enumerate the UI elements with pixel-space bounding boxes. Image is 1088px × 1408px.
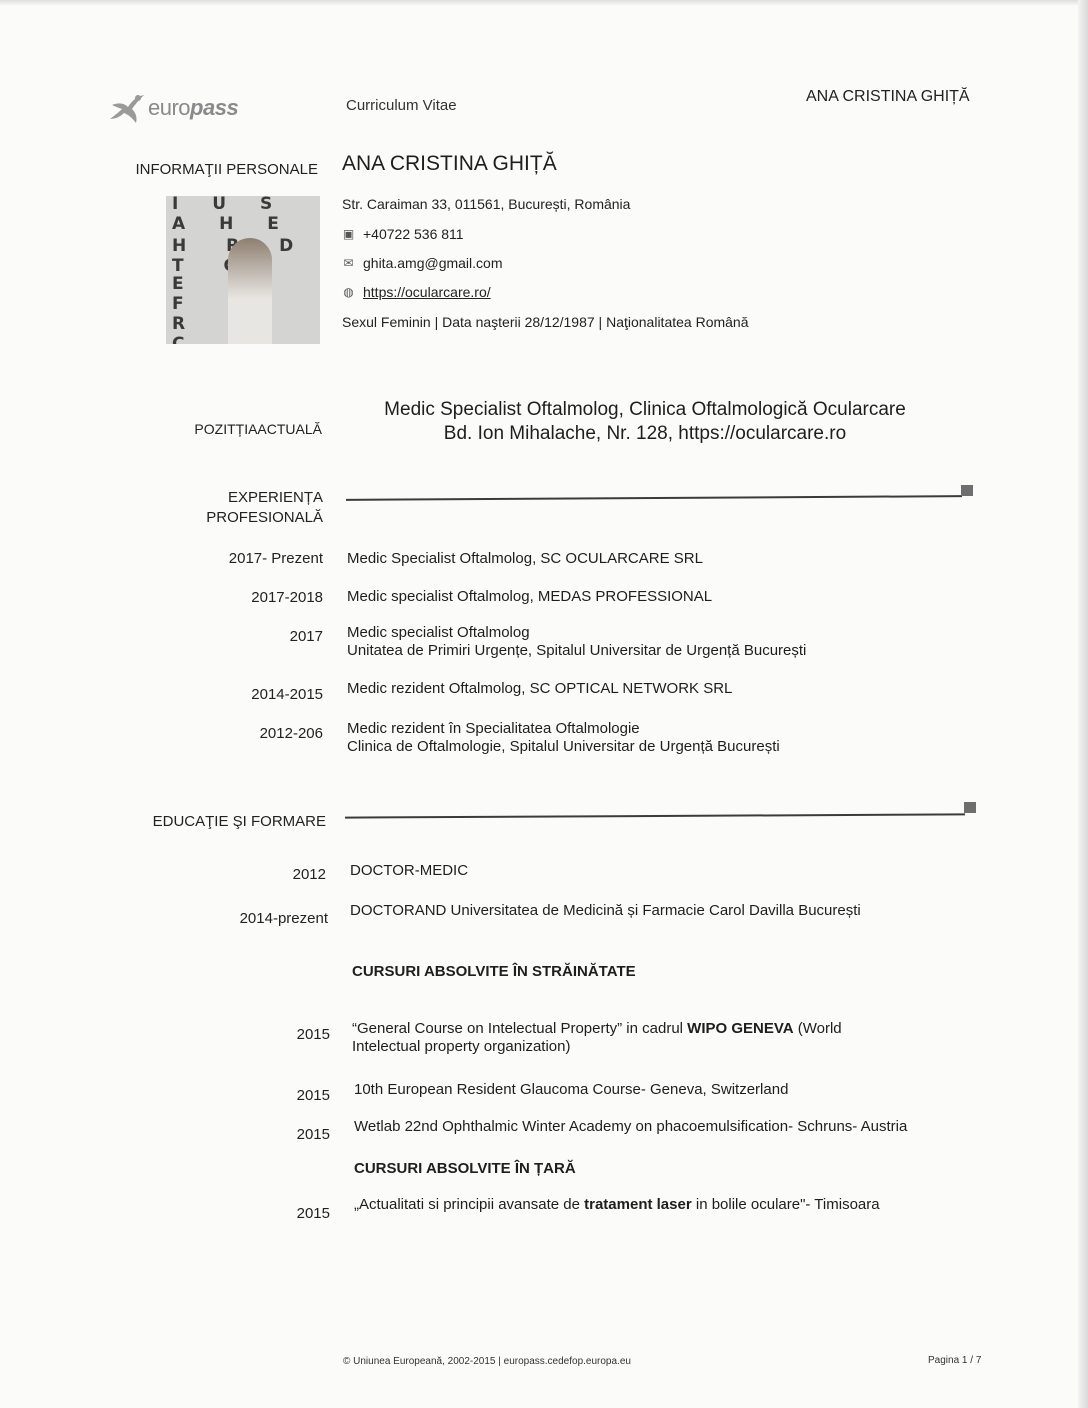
course-entry: 10th European Resident Glaucoma Course- … bbox=[354, 1081, 788, 1099]
experience-label: EXPERIENȚA PROFESIONALĂ bbox=[100, 488, 323, 528]
experience-role: Medic specialist Oftalmolog bbox=[347, 624, 806, 642]
education-entry: DOCTORAND Universitatea de Medicină și F… bbox=[350, 902, 861, 920]
footer-copyright: © Uniunea Europeană, 2002-2015 | europas… bbox=[343, 1356, 631, 1367]
envelope-icon: ✉ bbox=[342, 257, 355, 270]
education-divider bbox=[345, 813, 965, 818]
education-date: 2012 bbox=[180, 866, 326, 883]
phone: ▣ +40722 536 811 bbox=[342, 226, 464, 242]
person-silhouette bbox=[228, 238, 272, 344]
document-title: Curriculum Vitae bbox=[346, 97, 457, 114]
experience-entry: Medic specialist OftalmologUnitatea de P… bbox=[347, 624, 806, 660]
experience-date: 2017- Prezent bbox=[180, 550, 323, 567]
experience-employer: Clinica de Oftalmologie, Spitalul Univer… bbox=[347, 738, 780, 756]
header-name: ANA CRISTINA GHIȚĂ bbox=[806, 88, 970, 106]
experience-label-line-1: EXPERIENȚA bbox=[100, 488, 323, 508]
photo-letters-row-1: I U S A H E bbox=[172, 196, 320, 234]
experience-date: 2014-2015 bbox=[180, 686, 323, 703]
experience-date: 2017 bbox=[180, 628, 323, 645]
europass-wordmark: europass bbox=[148, 95, 238, 121]
personal-details: Sexul Feminin | Data naşterii 28/12/1987… bbox=[342, 314, 749, 330]
experience-date: 2017-2018 bbox=[180, 589, 323, 606]
email-text[interactable]: ghita.amg@gmail.com bbox=[363, 255, 503, 271]
website: ◍ https://ocularcare.ro/ bbox=[342, 284, 491, 300]
course-entry: Wetlab 22nd Ophthalmic Winter Academy on… bbox=[354, 1118, 907, 1136]
courses-domestic-heading: CURSURI ABSOLVITE ÎN ȚARĂ bbox=[354, 1160, 576, 1177]
experience-role: Medic rezident Oftalmolog, SC OPTICAL NE… bbox=[347, 680, 732, 698]
experience-date: 2012-206 bbox=[180, 725, 323, 742]
current-position-line-1: Medic Specialist Oftalmolog, Clinica Oft… bbox=[340, 398, 950, 422]
current-position: Medic Specialist Oftalmolog, Clinica Oft… bbox=[340, 398, 950, 446]
europass-figure-icon bbox=[108, 91, 150, 125]
education-divider-end bbox=[964, 802, 976, 813]
page-number: Pagina 1 / 7 bbox=[928, 1355, 981, 1366]
experience-role: Medic rezident în Specialitatea Oftalmol… bbox=[347, 720, 780, 738]
personal-info-label: INFORMAŢII PERSONALE bbox=[100, 161, 318, 178]
scan-page-edge bbox=[1078, 0, 1088, 1408]
website-link[interactable]: https://ocularcare.ro/ bbox=[363, 284, 491, 300]
experience-entry: Medic rezident în Specialitatea Oftalmol… bbox=[347, 720, 780, 756]
course-date: 2015 bbox=[250, 1026, 330, 1043]
email: ✉ ghita.amg@gmail.com bbox=[342, 255, 503, 271]
course-date: 2015 bbox=[250, 1126, 330, 1143]
experience-entry: Medic specialist Oftalmolog, MEDAS PROFE… bbox=[347, 588, 712, 606]
course-entry: „Actualitati si principii avansate de tr… bbox=[354, 1196, 880, 1214]
experience-divider bbox=[346, 495, 962, 501]
personal-details-text: Sexul Feminin | Data naşterii 28/12/1987… bbox=[342, 314, 749, 330]
scan-top-edge bbox=[0, 0, 1088, 6]
education-label: EDUCAŢIE ŞI FORMARE bbox=[100, 813, 326, 830]
full-name: ANA CRISTINA GHIȚĂ bbox=[342, 152, 557, 176]
course-date: 2015 bbox=[250, 1087, 330, 1104]
current-position-line-2: Bd. Ion Mihalache, Nr. 128, https://ocul… bbox=[340, 422, 950, 446]
courses-abroad-heading: CURSURI ABSOLVITE ÎN STRĂINĂTATE bbox=[352, 963, 636, 980]
europass-logo: europass bbox=[108, 88, 238, 128]
experience-role: Medic specialist Oftalmolog, MEDAS PROFE… bbox=[347, 588, 712, 606]
experience-employer: Unitatea de Primiri Urgențe, Spitalul Un… bbox=[347, 642, 806, 660]
course-date: 2015 bbox=[250, 1205, 330, 1222]
experience-role: Medic Specialist Oftalmolog, SC OCULARCA… bbox=[347, 550, 703, 568]
experience-divider-end bbox=[961, 485, 973, 496]
address-text: Str. Caraiman 33, 011561, București, Rom… bbox=[342, 196, 630, 212]
experience-entry: Medic rezident Oftalmolog, SC OPTICAL NE… bbox=[347, 680, 732, 698]
experience-label-line-2: PROFESIONALĂ bbox=[100, 508, 323, 528]
current-position-label: POZITȚIAACTUALĂ bbox=[100, 421, 322, 437]
education-date: 2014-prezent bbox=[180, 910, 328, 927]
mobile-phone-icon: ▣ bbox=[342, 228, 355, 241]
phone-text: +40722 536 811 bbox=[363, 226, 464, 242]
education-entry: DOCTOR-MEDIC bbox=[350, 862, 468, 880]
address: Str. Caraiman 33, 011561, București, Rom… bbox=[342, 196, 630, 212]
course-entry: “General Course on Intelectual Property”… bbox=[352, 1020, 842, 1056]
experience-entry: Medic Specialist Oftalmolog, SC OCULARCA… bbox=[347, 550, 703, 568]
profile-photo: I U S A H E H R D T G E Z F H R S C bbox=[166, 196, 320, 344]
web-icon: ◍ bbox=[342, 286, 355, 299]
